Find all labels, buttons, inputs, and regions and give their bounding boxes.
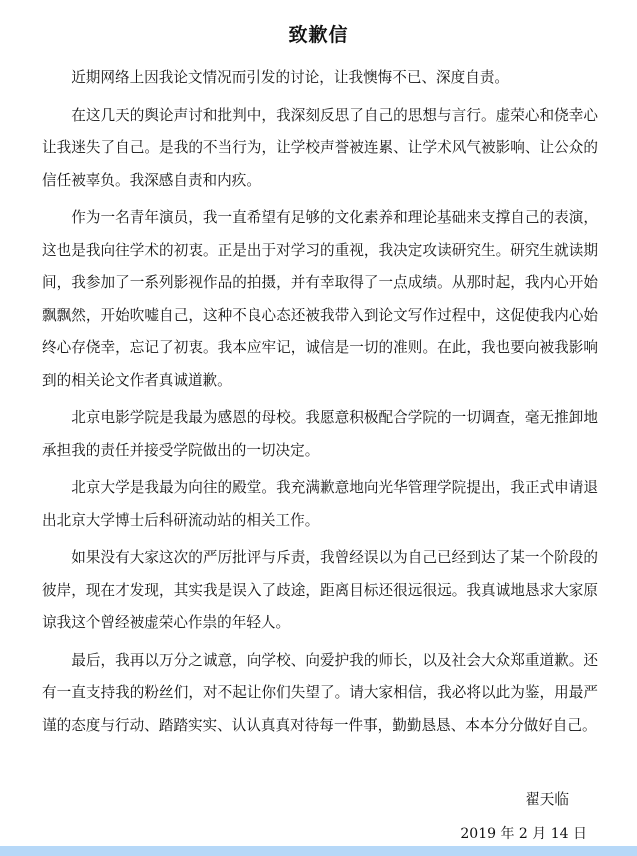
date: 2019 年 2 月 14 日 — [460, 823, 587, 843]
paragraph-4: 北京电影学院是我最为感恩的母校。我愿意积极配合学院的一切调查，毫无推卸地承担我的… — [42, 402, 598, 467]
document-title: 致歉信 — [0, 20, 637, 47]
document-page: 致歉信 近期网络上因我论文情况而引发的讨论，让我懊悔不已、深度自责。 在这几天的… — [0, 0, 637, 846]
paragraph-3: 作为一名青年演员，我一直希望有足够的文化素养和理论基础来支撑自己的表演，这也是我… — [42, 202, 598, 397]
paragraph-2: 在这几天的舆论声讨和批判中，我深刻反思了自己的思想与言行。虚荣心和侥幸心让我迷失… — [42, 100, 598, 198]
paragraph-6: 如果没有大家这次的严厉批评与斥责，我曾经误以为自己已经到达了某一个阶段的彼岸，现… — [42, 542, 598, 640]
paragraph-5: 北京大学是我最为向往的殿堂。我充满歉意地向光华管理学院提出，我正式申请退出北京大… — [42, 472, 598, 537]
bottom-bar — [0, 846, 637, 856]
paragraph-1: 近期网络上因我论文情况而引发的讨论，让我懊悔不已、深度自责。 — [42, 62, 598, 95]
signature: 翟天临 — [525, 788, 569, 809]
paragraph-7: 最后，我再以万分之诚意，向学校、向爱护我的师长，以及社会大众郑重道歉。还有一直支… — [42, 645, 598, 743]
document-body: 近期网络上因我论文情况而引发的讨论，让我懊悔不已、深度自责。 在这几天的舆论声讨… — [42, 62, 598, 747]
